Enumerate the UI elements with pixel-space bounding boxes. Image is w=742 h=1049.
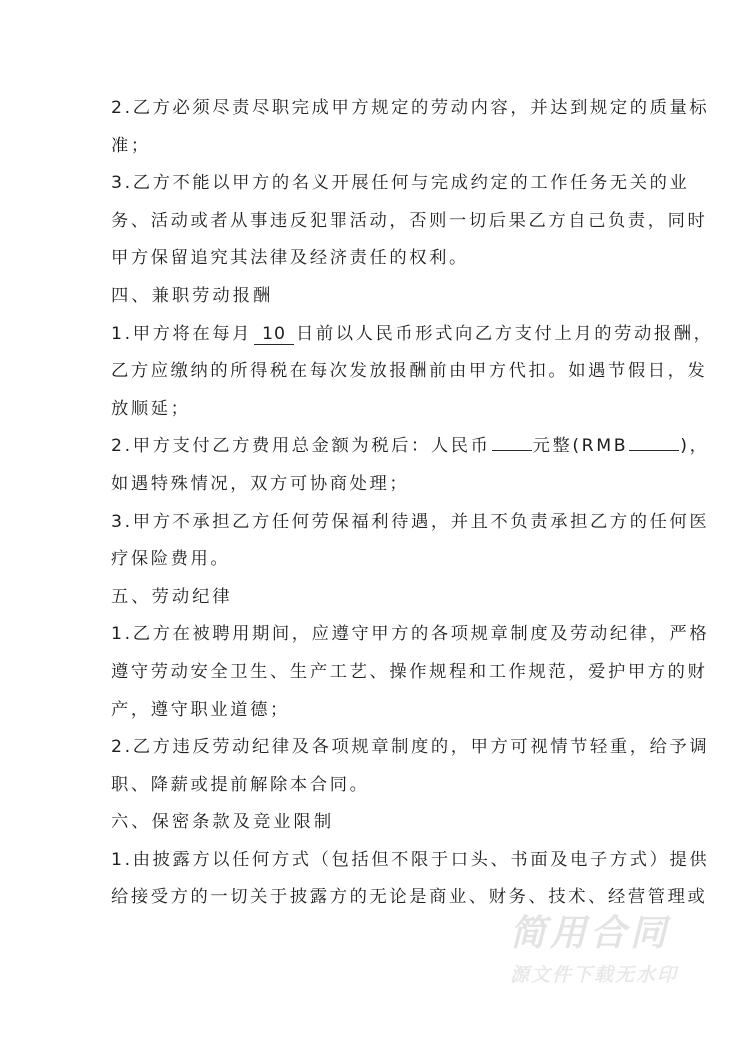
clause-3-3-line-1: 3.乙方不能以甲方的名义开展任何与完成约定的工作任务无关的业: [111, 165, 631, 203]
clause-4-2-suffix: )，: [680, 436, 709, 456]
clause-5-2-line-2: 职、降薪或提前解除本合同。: [111, 767, 631, 805]
clause-4-2-line-1: 2.甲方支付乙方费用总金额为税后：人民币元整(RMB)，: [111, 428, 631, 466]
clause-5-1-line-2: 遵守劳动安全卫生、生产工艺、操作规程和工作规范，爱护甲方的财: [111, 654, 631, 692]
watermark-subtitle: 源文件下载无水印: [510, 962, 710, 988]
clause-6-1-line-2: 给接受方的一切关于披露方的无论是商业、财务、技术、经营管理或: [111, 879, 631, 917]
clause-6-1-line-1: 1.由披露方以任何方式（包括但不限于口头、书面及电子方式）提供: [111, 842, 631, 880]
amount-rmb-chinese-field: [492, 430, 532, 451]
section-heading-compensation: 四、兼职劳动报酬: [111, 278, 631, 316]
clause-4-1-line-2: 乙方应缴纳的所得税在每次发放报酬前由甲方代扣。如遇节假日，发: [111, 353, 631, 391]
clause-4-3-line-1: 3.甲方不承担乙方任何劳保福利待遇，并且不负责承担乙方的任何医: [111, 504, 631, 542]
clause-4-1-suffix: 日前以人民币形式向乙方支付上月的劳动报酬，: [296, 324, 714, 344]
clause-4-2-line-2: 如遇特殊情况，双方可协商处理；: [111, 466, 631, 504]
amount-rmb-number-field: [629, 430, 679, 451]
watermark: 简用合同 源文件下载无水印: [510, 912, 710, 988]
clause-5-1-line-1: 1.乙方在被聘用期间，应遵守甲方的各项规章制度及劳动纪律，严格: [111, 616, 631, 654]
clause-4-2-prefix: 2.甲方支付乙方费用总金额为税后：人民币: [111, 436, 491, 456]
section-heading-labor-discipline: 五、劳动纪律: [111, 579, 631, 617]
document-body: 2.乙方必须尽责尽职完成甲方规定的劳动内容，并达到规定的质量标 准； 3.乙方不…: [111, 90, 631, 917]
payment-day-field: 10: [254, 324, 294, 345]
clause-4-1-line-1: 1.甲方将在每月10日前以人民币形式向乙方支付上月的劳动报酬，: [111, 316, 631, 354]
clause-4-2-middle: 元整(RMB: [533, 436, 629, 456]
section-heading-confidentiality: 六、保密条款及竞业限制: [111, 804, 631, 842]
clause-3-3-line-2: 务、活动或者从事违反犯罪活动，否则一切后果乙方自己负责，同时: [111, 203, 631, 241]
clause-3-2-line-1: 2.乙方必须尽责尽职完成甲方规定的劳动内容，并达到规定的质量标: [111, 90, 631, 128]
clause-3-2-line-2: 准；: [111, 128, 631, 166]
clause-3-3-line-3: 甲方保留追究其法律及经济责任的权利。: [111, 240, 631, 278]
clause-5-2-line-1: 2.乙方违反劳动纪律及各项规章制度的，甲方可视情节轻重，给予调: [111, 729, 631, 767]
clause-4-1-prefix: 1.甲方将在每月: [111, 324, 252, 344]
clause-5-1-line-3: 产，遵守职业道德；: [111, 692, 631, 730]
clause-4-1-line-3: 放顺延；: [111, 391, 631, 429]
document-page: 2.乙方必须尽责尽职完成甲方规定的劳动内容，并达到规定的质量标 准； 3.乙方不…: [0, 0, 742, 1049]
clause-4-3-line-2: 疗保险费用。: [111, 541, 631, 579]
watermark-title: 简用合同: [510, 912, 710, 956]
